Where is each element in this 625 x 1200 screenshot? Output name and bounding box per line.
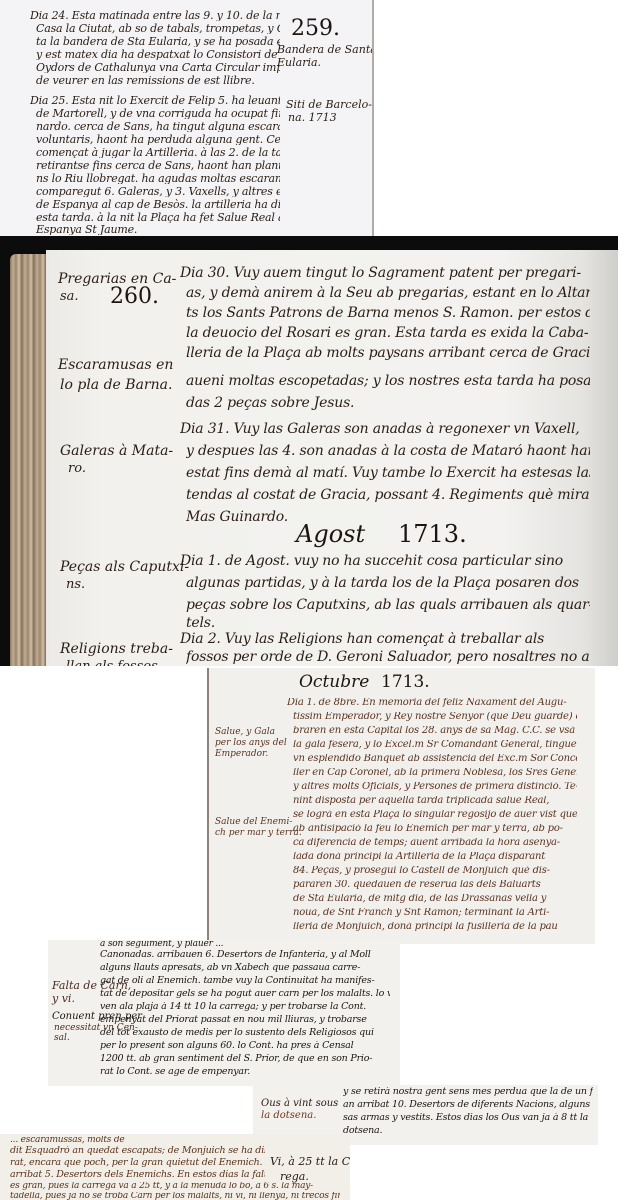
text-line: Mas Guinardo. xyxy=(186,510,590,524)
manuscript-scan-4: Falta de Carn, y vi. Conuent pren per ne… xyxy=(48,940,400,1086)
text-line: Dia 1. de 8bre. En memoria del feliz Nax… xyxy=(287,698,577,708)
margin-note: Peças als Caputxi- xyxy=(60,560,189,574)
text-line: aueni moltas escopetadas; y los nostres … xyxy=(186,374,590,388)
page-number: 260. xyxy=(110,284,159,309)
text-line: tendas al costat de Gracia, possant 4. R… xyxy=(186,488,590,502)
margin-note: rega. xyxy=(280,1171,309,1182)
text-line: per lo present son alguns 60. lo Cont. h… xyxy=(100,1041,390,1051)
margin-note: Salue, y Gala xyxy=(215,728,275,737)
text-line: pararen 30. quedauen de reserua las dels… xyxy=(293,880,577,890)
text-line: 1200 tt. ab gran sentiment del S. Prior,… xyxy=(100,1054,390,1064)
year-heading: 1713. xyxy=(398,520,467,548)
text-line: fossos per orde de D. Geroni Saluador, p… xyxy=(186,650,590,664)
text-line: noua, de Snt Franch y Snt Ramon; termina… xyxy=(293,908,577,918)
text-line: Dia 1. de Agost. vuy no ha succehit cosa… xyxy=(180,554,590,568)
text-line: Dia 2. Vuy las Religions han començat à … xyxy=(180,632,590,646)
month-heading: Agost xyxy=(296,520,365,548)
margin-note: ns. xyxy=(66,578,85,591)
text-line: Dia 30. Vuy auem tingut lo Sagrament pat… xyxy=(180,266,590,280)
text-line: a son seguiment, y plauer ... xyxy=(100,940,390,949)
text-line: nint disposta per aquella tarda triplica… xyxy=(293,796,577,806)
text-line: Casa la Ciutat, ab so de tabals, trompet… xyxy=(36,23,280,34)
text-line: an arribat 10. Desertors de diferents Na… xyxy=(343,1100,593,1110)
margin-note: ro. xyxy=(68,462,86,475)
margin-note: llan als fossos. xyxy=(66,660,162,666)
text-line: ller en Cap Coronel, ab la primera Noble… xyxy=(293,768,577,778)
manuscript-scan-3: Octubre 1713. Salue, y Gala per los anys… xyxy=(207,668,595,944)
text-line: peças sobre los Caputxins, ab las quals … xyxy=(186,598,590,612)
text-line: ca diferencia de temps; auent arribada l… xyxy=(293,838,577,848)
text-line: Canonadas. arribauen 6. Desertors de Inf… xyxy=(100,950,390,960)
manuscript-scan-2: Pregarias en Ca- sa. 260. Escaramusas en… xyxy=(0,236,618,666)
text-line: esta tarda. à la nit la Plaça ha fet Sal… xyxy=(36,212,280,223)
text-line: y est matex dia ha despatxat lo Consisto… xyxy=(36,49,280,60)
margin-note: na. 1713 xyxy=(288,112,337,123)
text-line: lada donà principi la Artilleria de la P… xyxy=(293,852,577,862)
margin-note: Emperador. xyxy=(215,750,268,759)
text-line: la deuocio del Rosari es gran. Esta tard… xyxy=(186,326,590,340)
text-line: alguns llauts apresats, ab vn Xabech que… xyxy=(100,963,390,973)
page-number: 259. xyxy=(291,16,340,41)
text-line: del tot exausto de medis per lo sustento… xyxy=(100,1028,390,1038)
margin-note: Ous à vint sous xyxy=(261,1099,338,1109)
text-line: nardo. cerca de Sans, ha tingut alguna e… xyxy=(36,121,280,132)
text-line: lleria de la Plaça ab molts paysans arri… xyxy=(186,346,590,360)
margin-note: y vi. xyxy=(52,993,75,1004)
text-line: voluntaris, haont ha perduda alguna gent… xyxy=(36,134,280,145)
margin-note: Religions treba- xyxy=(60,642,173,656)
text-line: dotsena. xyxy=(343,1126,593,1136)
margin-note: lo pla de Barna. xyxy=(60,378,172,392)
text-line: rat lo Cont. se age de empenyar. xyxy=(100,1067,390,1077)
text-line: la gala fesera, y lo Excel.m Sr Comandan… xyxy=(293,740,577,750)
text-line: y despues las 4. son anadas à la costa d… xyxy=(186,444,590,458)
year-heading: 1713. xyxy=(381,672,430,692)
text-line: ns lo Riu llobregat. ha agudas moltas es… xyxy=(36,173,280,184)
manuscript-scan-1: 259. Bandera de Santa Eularia. Siti de B… xyxy=(0,0,374,236)
text-line: gat de oli al Enemich. tambe vuy la Cont… xyxy=(100,976,390,986)
text-line: estat fins demà al matí. Vuy tambe lo Ex… xyxy=(186,466,590,480)
book-page: Pregarias en Ca- sa. 260. Escaramusas en… xyxy=(46,250,618,666)
margin-note: per los anys del xyxy=(215,739,287,748)
text-line: rat, encara que poch, per la gran quietu… xyxy=(10,1158,265,1168)
text-line: de Sta Eularia, de mitg dia, de las Dras… xyxy=(293,894,577,904)
text-line: Dia 25. Esta nit lo Exercit de Felip 5. … xyxy=(30,95,280,106)
text-line: vn esplendido Banquet ab assistencia del… xyxy=(293,754,577,764)
text-line: Oydors de Cathalunya vna Carta Circular … xyxy=(36,62,280,73)
text-line: arribat 5. Desertors dels Enemichs. En e… xyxy=(10,1170,265,1180)
margin-note: Vi, à 25 tt la Car- xyxy=(270,1156,350,1167)
margin-note: sa. xyxy=(60,290,79,303)
text-line: sas armas y vestits. Estos dias los Ous … xyxy=(343,1113,593,1123)
month-heading: Octubre xyxy=(299,672,369,692)
text-line: Dia 31. Vuy las Galeras son anadas à reg… xyxy=(180,422,590,436)
margin-note: Salue del Enemi- xyxy=(215,818,292,827)
text-line: y se retirà nostra gent sens mes perdua … xyxy=(343,1087,593,1097)
text-line: ven ala plaja à 14 tt 10 la carrega; y p… xyxy=(100,1002,390,1012)
text-line: dit Esquadró an quedat escapats; de Monj… xyxy=(10,1146,265,1156)
text-line: braren en esta Capital los 28. anys de s… xyxy=(293,726,577,736)
text-line: es gran, pues la carrega va à 25 tt, y à… xyxy=(10,1182,330,1191)
text-line: de Martorell, y de vna corriguda ha ocup… xyxy=(36,108,280,119)
text-line: tissim Emperador, y Rey nostre Senyor (q… xyxy=(293,712,577,722)
margin-note: ch per mar y terra. xyxy=(215,829,302,838)
text-line: algunas partidas, y à la tarda los de la… xyxy=(186,576,590,590)
manuscript-scan-6: Vi, à 25 tt la Car- rega. ... escaramuss… xyxy=(0,1134,350,1200)
text-line: comparegut 6. Galeras, y 3. Vaxells, y a… xyxy=(36,186,280,197)
margin-note: Siti de Barcelo- xyxy=(286,99,372,110)
margin-note: sal. xyxy=(54,1034,70,1043)
margin-note: Bandera de Santa xyxy=(277,44,374,55)
text-line: tadella, pues ja no se troba Carn per lo… xyxy=(10,1192,340,1200)
book-page-edges xyxy=(10,254,48,666)
margin-note: la dotsena. xyxy=(261,1111,316,1121)
text-line: empenyat del Priorat passat en nou mil l… xyxy=(100,1015,390,1025)
margin-note: Galeras à Mata- xyxy=(60,444,173,458)
text-line: ta la bandera de Sta Eularia, y se ha po… xyxy=(36,36,280,47)
text-line: se logrà en esta Plaça lo singular regos… xyxy=(293,810,577,820)
text-line: Espanya St Jaume. xyxy=(36,224,280,235)
text-line: de Espanya al cap de Besòs. la artilleri… xyxy=(36,199,280,210)
margin-note: Eularia. xyxy=(277,57,321,68)
text-line: das 2 peças sobre Jesus. xyxy=(186,396,590,410)
text-line: ts los Sants Patrons de Barna menos S. R… xyxy=(186,306,590,320)
text-line: tels. xyxy=(186,616,590,630)
text-line: lleria de Monjuich, donà principi la fus… xyxy=(293,922,577,932)
text-line: as, y demà anirem à la Seu ab pregarias,… xyxy=(186,286,590,300)
text-line: y altres molts Oficials, y Persones de p… xyxy=(293,782,577,792)
text-line: 84. Peças, y prosegui lo Castell de Monj… xyxy=(293,866,577,876)
text-line: de veurer en las remissions de est llibr… xyxy=(36,75,280,86)
text-line: Dia 24. Esta matinada entre las 9. y 10.… xyxy=(30,10,280,21)
text-line: ab antisipació la feu lo Enemich per mar… xyxy=(293,824,577,834)
text-line: començat à jugar la Artilleria. à las 2.… xyxy=(36,147,280,158)
text-line: retirantse fins cerca de Sans, haont han… xyxy=(36,160,280,171)
margin-note: Escaramusas en xyxy=(58,358,173,372)
text-line: ... escaramussas, molts de xyxy=(10,1136,260,1145)
text-line: tat de depositar gels se ha pogut auer c… xyxy=(100,989,390,999)
